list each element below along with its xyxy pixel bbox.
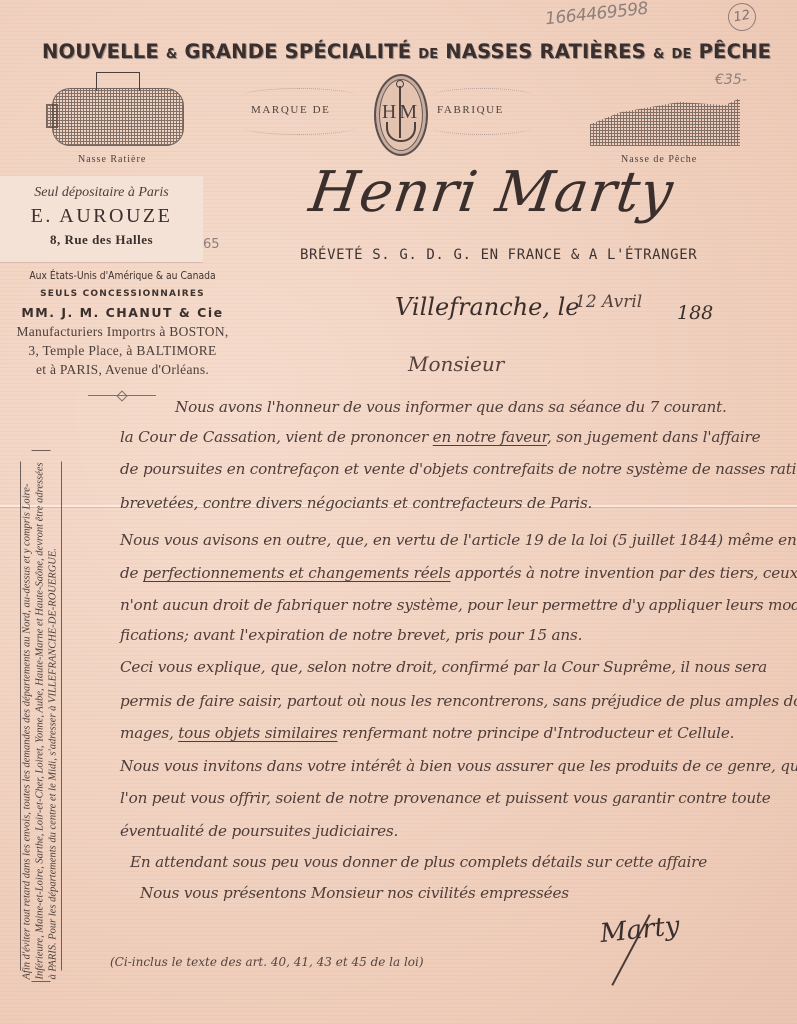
us-agents-line: et à PARIS, Avenue d'Orléans. (0, 362, 245, 378)
headline-word: GRANDE SPÉCIALITÉ (184, 40, 411, 63)
flourish-ornament-icon (243, 88, 355, 103)
rat-trap-illustration-icon (52, 88, 184, 146)
letterhead-headline: NOUVELLE & GRANDE SPÉCIALITÉ DE NASSES R… (42, 40, 762, 63)
letter-line: Ceci vous explique, que, selon notre dro… (120, 658, 767, 676)
depot-address: 8, Rue des Halles (0, 232, 203, 248)
trademark-label-right: FABRIQUE (437, 104, 504, 116)
headline-word: & (653, 47, 665, 62)
letter-line: fications; avant l'expiration de notre b… (120, 626, 582, 644)
letter-line: brevetées, contre divers négociants et c… (120, 494, 592, 512)
letter-closing: Nous vous présentons Monsieur nos civili… (140, 884, 569, 902)
underlined-phrase: perfectionnements et changements réels (143, 564, 451, 582)
letter-line: la Cour de Cassation, vient de prononcer… (120, 428, 760, 446)
depot-name: E. AUROUZE (0, 205, 203, 228)
letter-line: Nous avons l'honneur de vous informer qu… (175, 398, 727, 416)
flourish-ornament-icon (243, 120, 355, 135)
fish-trap-illustration-icon (590, 98, 740, 146)
us-agents-line: 3, Temple Place, à BALTIMORE (0, 343, 245, 359)
headline-word: NASSES RATIÈRES (445, 40, 646, 63)
page-number-circle: 12 (726, 1, 758, 33)
flourish-ornament-icon (432, 120, 532, 135)
headline-word: & (166, 47, 178, 62)
signature: Marty (599, 911, 681, 949)
letter-year: 188 (677, 302, 713, 324)
trademark-monogram: HM (376, 101, 426, 124)
shipping-notice-text: Afin d'éviter tout retard dans les envoi… (21, 460, 60, 980)
price-annotation: €35- (715, 72, 747, 88)
headline-word: PÊCHE (699, 40, 772, 63)
flourish-ornament-icon (432, 88, 532, 103)
letter-line: Nous vous invitons dans votre intérêt à … (120, 757, 797, 775)
underlined-phrase: tous objets similaires (178, 724, 337, 742)
anchor-fluke-icon (386, 122, 416, 142)
letter-line: de perfectionnements et changements réel… (120, 564, 797, 582)
letter-line: l'on peut vous offrir, soient de notre p… (120, 789, 771, 807)
headline-word: DE (671, 47, 691, 62)
trademark-label-left: MARQUE DE (251, 104, 330, 116)
letter-line: éventualité de poursuites judiciaires. (120, 822, 398, 840)
salutation: Monsieur (408, 352, 504, 376)
patent-line: BRÉVETÉ S. G. D. G. EN FRANCE & A L'ÉTRA… (300, 247, 697, 263)
letter-date: 12 Avril (575, 292, 642, 312)
letter-line: Nous vous avisons en outre, que, en vert… (120, 531, 797, 549)
ornamental-divider (88, 395, 156, 396)
headline-word: NOUVELLE (42, 40, 159, 63)
anchor-trademark-seal-icon: HM (374, 74, 428, 156)
letter-line: En attendant sous peu vous donner de plu… (130, 853, 707, 871)
letter-line: mages, tous objets similaires renfermant… (120, 724, 734, 742)
headline-word: DE (418, 47, 438, 62)
letter-place: Villefranche, le (395, 293, 580, 321)
rat-trap-caption: Nasse Ratière (78, 154, 146, 165)
depot-title: Seul dépositaire à Paris (0, 185, 203, 201)
margin-note: 65 (203, 237, 220, 252)
enclosure-note: (Ci-inclus le texte des art. 40, 41, 43 … (110, 955, 424, 969)
letter-line: permis de faire saisir, partout où nous … (120, 692, 797, 710)
firm-name: Henri Marty (305, 160, 677, 225)
us-agents-name: MM. J. M. CHANUT & Cie (0, 305, 245, 320)
underlined-phrase: en notre faveur (433, 428, 547, 446)
letter-line: de poursuites en contrefaçon et vente d'… (120, 460, 797, 478)
us-agents-line: Manufacturiers Importrs à BOSTON, (0, 324, 245, 340)
us-agents-region: Aux États-Unis d'Amérique & au Canada (15, 270, 231, 282)
archive-number: 1664469598 (544, 0, 649, 29)
us-agents-title: SEULS CONCESSIONNAIRES (0, 289, 245, 299)
letter-line: n'ont aucun droit de fabriquer notre sys… (120, 596, 797, 614)
